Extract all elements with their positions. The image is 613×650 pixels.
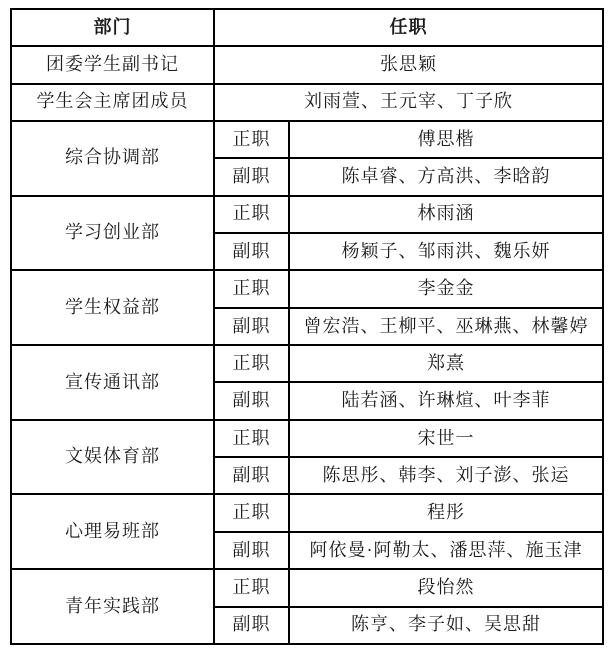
department-cell: 综合协调部 — [11, 121, 214, 196]
position-label-chief: 正职 — [214, 345, 289, 382]
members-cell: 陈思彤、韩李、刘子澎、张运 — [289, 457, 603, 494]
members-cell: 陈卓睿、方高洪、李晗韵 — [289, 158, 603, 195]
header-department: 部门 — [11, 9, 214, 46]
members-cell: 程彤 — [289, 494, 603, 531]
position-label-chief: 正职 — [214, 494, 289, 531]
department-cell: 心理易班部 — [11, 494, 214, 569]
department-cell: 青年实践部 — [11, 569, 214, 644]
members-cell: 陈亨、李子如、吴思甜 — [289, 607, 603, 645]
position-label-chief: 正职 — [214, 196, 289, 233]
members-cell: 郑熹 — [289, 345, 603, 382]
table-row: 综合协调部 正职 傅思楷 — [11, 121, 603, 158]
position-label-chief: 正职 — [214, 420, 289, 457]
department-cell: 文娱体育部 — [11, 420, 214, 495]
department-cell: 学生会主席团成员 — [11, 84, 214, 121]
position-label-deputy: 副职 — [214, 532, 289, 569]
position-label-deputy: 副职 — [214, 382, 289, 419]
position-label-deputy: 副职 — [214, 233, 289, 270]
table-row: 学生会主席团成员 刘雨萱、王元宰、丁子欣 — [11, 84, 603, 121]
members-cell: 宋世一 — [289, 420, 603, 457]
header-position: 任职 — [214, 9, 603, 46]
table-row: 宣传通讯部 正职 郑熹 — [11, 345, 603, 382]
table-row: 团委学生副书记 张思颖 — [11, 46, 603, 83]
members-cell: 傅思楷 — [289, 121, 603, 158]
position-label-deputy: 副职 — [214, 457, 289, 494]
position-label-deputy: 副职 — [214, 158, 289, 195]
department-cell: 学习创业部 — [11, 196, 214, 271]
members-cell: 陆若涵、许琳煊、叶李菲 — [289, 382, 603, 419]
department-cell: 学生权益部 — [11, 270, 214, 345]
members-cell: 林雨涵 — [289, 196, 603, 233]
department-cell: 团委学生副书记 — [11, 46, 214, 83]
members-cell: 曾宏浩、王柳平、巫琳燕、林馨婷 — [289, 308, 603, 345]
members-cell: 刘雨萱、王元宰、丁子欣 — [214, 84, 603, 121]
table-row: 心理易班部 正职 程彤 — [11, 494, 603, 531]
members-cell: 张思颖 — [214, 46, 603, 83]
position-label-deputy: 副职 — [214, 607, 289, 645]
position-label-chief: 正职 — [214, 270, 289, 307]
position-label-chief: 正职 — [214, 569, 289, 606]
members-cell: 段怡然 — [289, 569, 603, 606]
table-row: 学习创业部 正职 林雨涵 — [11, 196, 603, 233]
org-roster-table: 部门 任职 团委学生副书记 张思颖 学生会主席团成员 刘雨萱、王元宰、丁子欣 综… — [10, 8, 604, 645]
department-cell: 宣传通讯部 — [11, 345, 214, 420]
table-row: 学生权益部 正职 李金金 — [11, 270, 603, 307]
table-header-row: 部门 任职 — [11, 9, 603, 46]
members-cell: 李金金 — [289, 270, 603, 307]
position-label-chief: 正职 — [214, 121, 289, 158]
members-cell: 杨颖子、邹雨洪、魏乐妍 — [289, 233, 603, 270]
table-row: 文娱体育部 正职 宋世一 — [11, 420, 603, 457]
members-cell: 阿依曼·阿勒太、潘思萍、施玉津 — [289, 532, 603, 569]
document-page: 部门 任职 团委学生副书记 张思颖 学生会主席团成员 刘雨萱、王元宰、丁子欣 综… — [0, 0, 613, 650]
position-label-deputy: 副职 — [214, 308, 289, 345]
table-row: 青年实践部 正职 段怡然 — [11, 569, 603, 606]
